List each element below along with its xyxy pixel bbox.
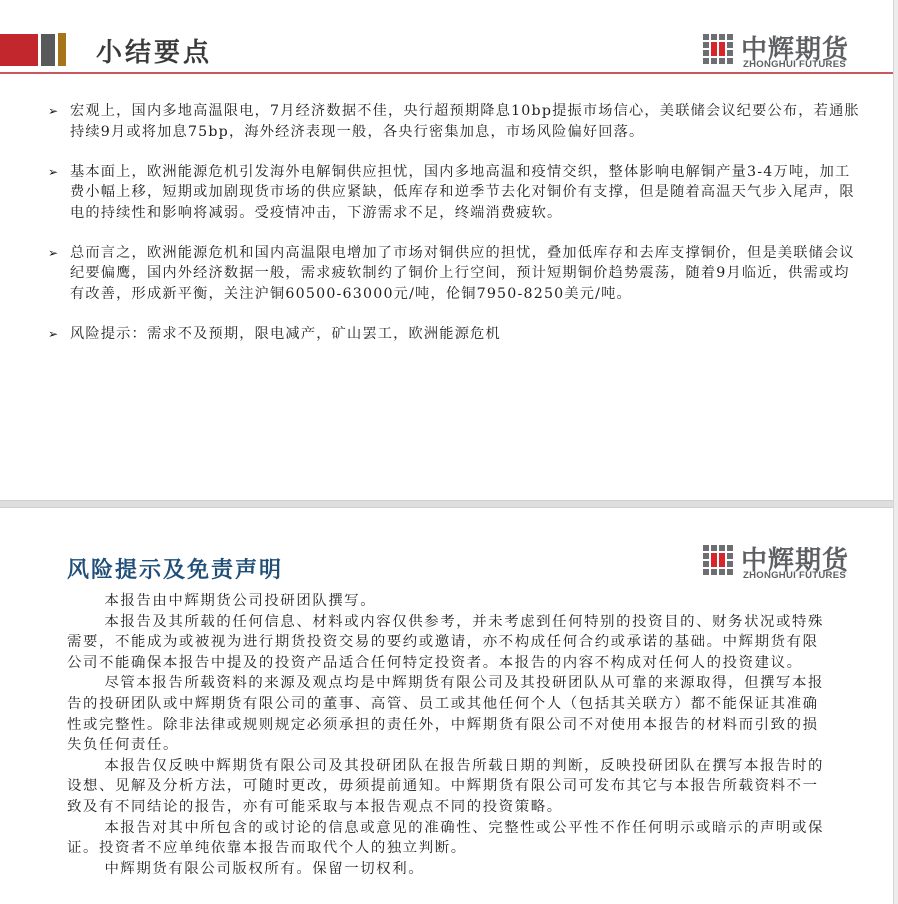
company-logo: 中辉期货 ZHONGHUI FUTURES xyxy=(703,32,853,72)
slide-separator xyxy=(0,500,893,508)
slide-summary: 小结要点 中辉期货 ZHONGHUI FUTURES ➢ 宏观上，国内多地高温限… xyxy=(0,0,893,500)
bullet-risk: ➢ 风险提示：需求不及预期，限电减产，矿山罢工，欧洲能源危机 xyxy=(48,324,863,345)
header-bar-gray xyxy=(41,34,55,66)
bullet-text: 总而言之，欧洲能源危机和国内高温限电增加了市场对铜供应的担忧，叠加低库存和去库支… xyxy=(70,245,855,302)
arrow-bullet-icon: ➢ xyxy=(48,101,59,122)
slide-title: 小结要点 xyxy=(96,32,212,69)
bullet-text: 风险提示：需求不及预期，限电减产，矿山罢工，欧洲能源危机 xyxy=(70,326,501,342)
bullet-fundamentals: ➢ 基本面上，欧洲能源危机引发海外电解铜供应担忧，国内多地高温和疫情交织，整体影… xyxy=(48,162,863,224)
header-bar-red xyxy=(0,34,38,66)
disclaimer-title: 风险提示及免责声明 xyxy=(67,553,283,584)
summary-bullets: ➢ 宏观上，国内多地高温限电，7月经济数据不佳，央行超预期降息10bp提振市场信… xyxy=(48,101,863,364)
logo-english-name: ZHONGHUI FUTURES xyxy=(743,59,846,70)
viewer-scroll-gutter[interactable] xyxy=(893,0,898,904)
disclaimer-paragraph: 中辉期货有限公司版权所有。保留一切权利。 xyxy=(67,859,827,880)
disclaimer-paragraph: 本报告及其所载的任何信息、材料或内容仅供参考，并未考虑到任何特别的投资目的、财务… xyxy=(67,612,827,674)
bullet-text: 宏观上，国内多地高温限电，7月经济数据不佳，央行超预期降息10bp提振市场信心，… xyxy=(70,103,860,140)
arrow-bullet-icon: ➢ xyxy=(48,243,59,264)
disclaimer-paragraph: 本报告仅反映中辉期货有限公司及其投研团队在报告所载日期的判断，反映投研团队在撰写… xyxy=(67,756,827,818)
arrow-bullet-icon: ➢ xyxy=(48,162,59,183)
disclaimer-paragraph: 本报告对其中所包含的或讨论的信息或意见的准确性、完整性或公平性不作任何明示或暗示… xyxy=(67,818,827,859)
disclaimer-paragraph: 本报告由中辉期货公司投研团队撰写。 xyxy=(67,591,827,612)
header-divider xyxy=(0,72,893,74)
logo-grid-icon xyxy=(703,34,735,66)
bullet-text: 基本面上，欧洲能源危机引发海外电解铜供应担忧，国内多地高温和疫情交织，整体影响电… xyxy=(70,164,855,221)
logo-grid-icon xyxy=(703,545,735,577)
disclaimer-body: 本报告由中辉期货公司投研团队撰写。 本报告及其所载的任何信息、材料或内容仅供参考… xyxy=(67,591,827,879)
company-logo: 中辉期货 ZHONGHUI FUTURES xyxy=(703,543,853,583)
header-bar-gold xyxy=(58,33,66,66)
bullet-conclusion: ➢ 总而言之，欧洲能源危机和国内高温限电增加了市场对铜供应的担忧，叠加低库存和去… xyxy=(48,243,863,305)
disclaimer-paragraph: 尽管本报告所载资料的来源及观点均是中辉期货有限公司及其投研团队从可靠的来源取得，… xyxy=(67,673,827,755)
arrow-bullet-icon: ➢ xyxy=(48,324,59,345)
logo-english-name: ZHONGHUI FUTURES xyxy=(743,570,846,581)
bullet-macro: ➢ 宏观上，国内多地高温限电，7月经济数据不佳，央行超预期降息10bp提振市场信… xyxy=(48,101,863,142)
